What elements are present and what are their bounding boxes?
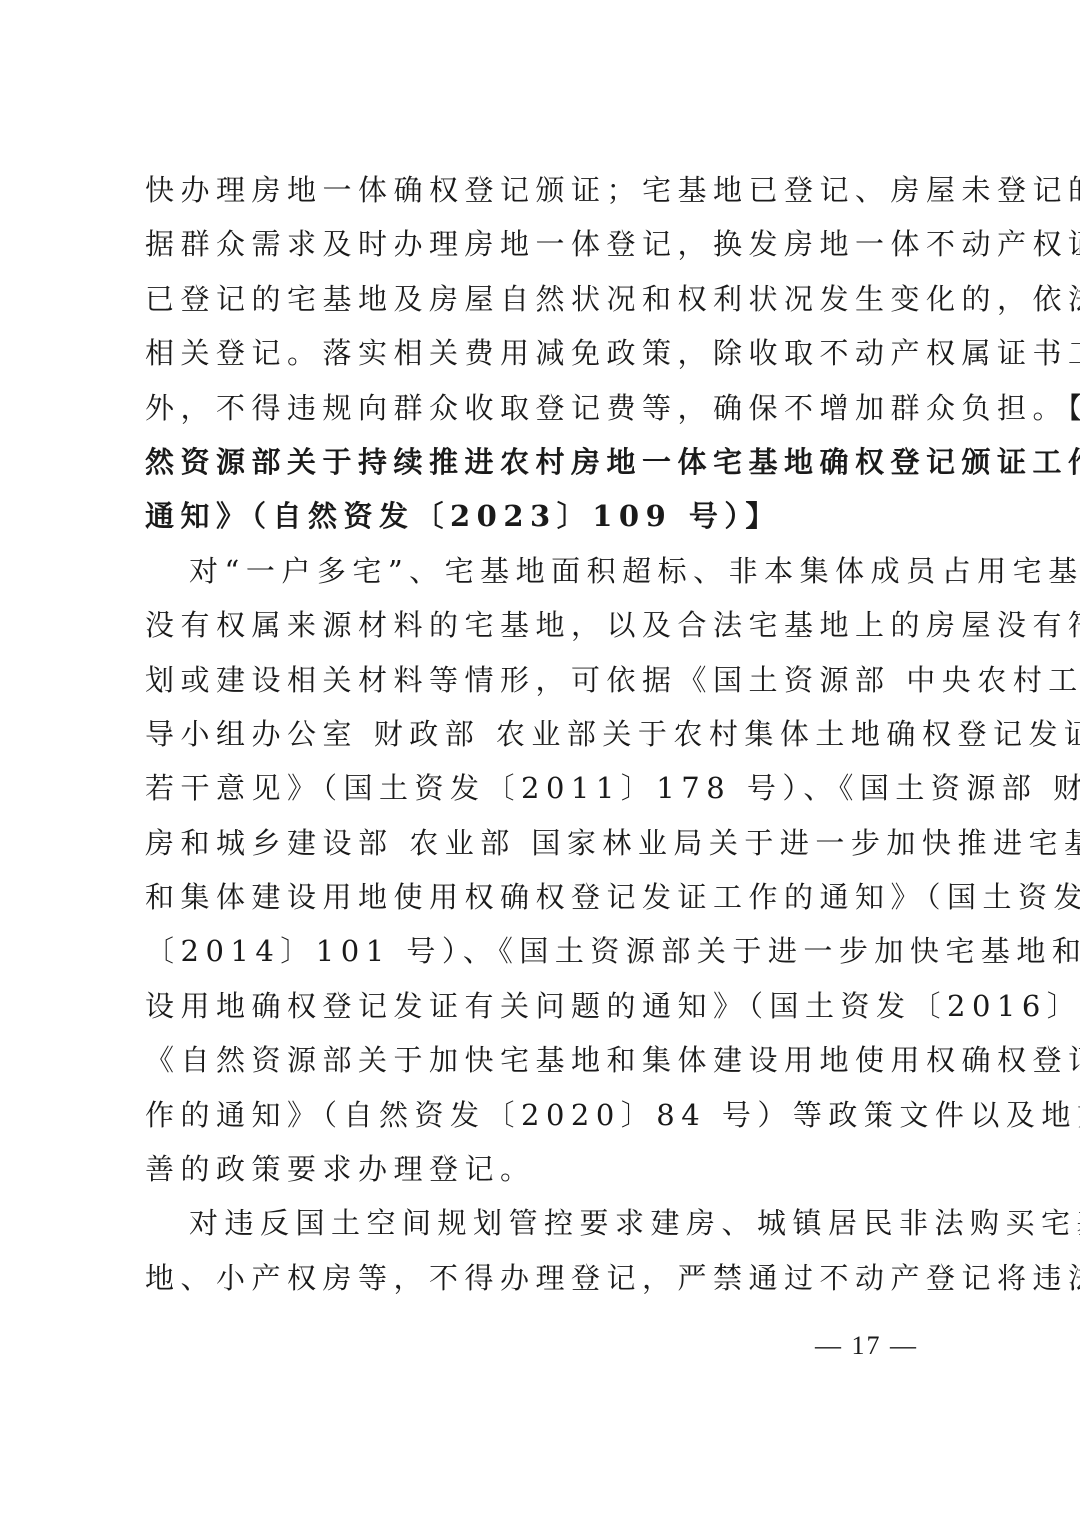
document-page: 快办理房地一体确权登记颁证；宅基地已登记、房屋未登记的，根 据群众需求及时办理房… xyxy=(0,0,1080,1527)
text-line: 没有权属来源材料的宅基地，以及合法宅基地上的房屋没有符合规 xyxy=(145,598,929,652)
text-line: 作的通知》（自然资发〔2020〕84 号）等政策文件以及地方细化完 xyxy=(145,1088,929,1142)
text-line: 房和城乡建设部 农业部 国家林业局关于进一步加快推进宅基地 xyxy=(145,816,929,870)
text-line: 已登记的宅基地及房屋自然状况和权利状况发生变化的，依法办理 xyxy=(145,272,929,326)
text-line: 和集体建设用地使用权确权登记发证工作的通知》（国土资发 xyxy=(145,870,929,924)
text-line: 导小组办公室 财政部 农业部关于农村集体土地确权登记发证的 xyxy=(145,707,929,761)
text-line: 善的政策要求办理登记。 xyxy=(145,1142,929,1196)
citation-line: 然资源部关于持续推进农村房地一体宅基地确权登记颁证工作的 xyxy=(145,435,929,489)
text-line: 外，不得违规向群众收取登记费等，确保不增加群众负担。【《自 xyxy=(145,381,929,435)
text-line: 〔2014〕101 号）、《国土资源部关于进一步加快宅基地和集体建 xyxy=(145,924,929,978)
text-line: 相关登记。落实相关费用减免政策，除收取不动产权属证书工本费 xyxy=(145,326,929,380)
text-line: 据群众需求及时办理房地一体登记，换发房地一体不动产权证书； xyxy=(145,217,929,271)
citation-line: 通知》（自然资发〔2023〕109 号）】 xyxy=(145,489,929,543)
document-body: 快办理房地一体确权登记颁证；宅基地已登记、房屋未登记的，根 据群众需求及时办理房… xyxy=(145,163,929,1305)
text-line: 设用地确权登记发证有关问题的通知》（国土资发〔2016〕191 号）、 xyxy=(145,979,929,1033)
paragraph-3: 对违反国土空间规划管控要求建房、城镇居民非法购买宅基 地、小产权房等，不得办理登… xyxy=(145,1196,929,1305)
text-line: 《自然资源部关于加快宅基地和集体建设用地使用权确权登记工 xyxy=(145,1033,929,1087)
text-line: 划或建设相关材料等情形，可依据《国土资源部 中央农村工作领 xyxy=(145,653,929,707)
text-line: 若干意见》（国土资发〔2011〕178 号）、《国土资源部 财政部 住 xyxy=(145,761,929,815)
paragraph-2: 对“一户多宅”、宅基地面积超标、非本集体成员占用宅基地、 没有权属来源材料的宅基… xyxy=(145,544,929,1197)
text-line: 地、小产权房等，不得办理登记，严禁通过不动产登记将违法用地 xyxy=(145,1251,929,1305)
page-number: — 17 — xyxy=(815,1326,918,1366)
text-line: 对违反国土空间规划管控要求建房、城镇居民非法购买宅基 xyxy=(145,1196,929,1250)
text-line: 对“一户多宅”、宅基地面积超标、非本集体成员占用宅基地、 xyxy=(145,544,929,598)
paragraph-1: 快办理房地一体确权登记颁证；宅基地已登记、房屋未登记的，根 据群众需求及时办理房… xyxy=(145,163,929,544)
text-line: 快办理房地一体确权登记颁证；宅基地已登记、房屋未登记的，根 xyxy=(145,163,929,217)
